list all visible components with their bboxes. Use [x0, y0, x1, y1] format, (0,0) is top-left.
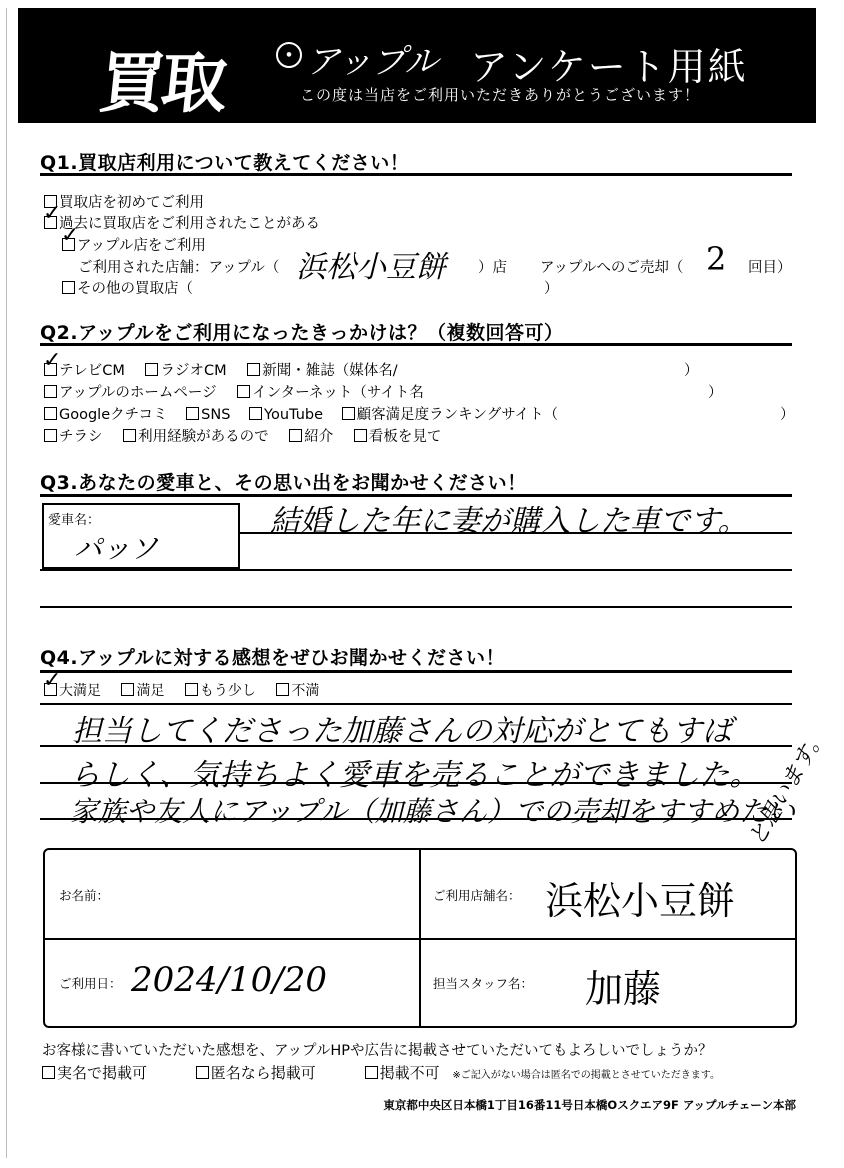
q3-line-1	[238, 532, 792, 534]
table-divider-horizontal	[45, 938, 795, 940]
staff-label: 担当スタッフ名：	[433, 974, 533, 992]
q2-row-3: Googleクチコミ SNS YouTube 顧客満足度ランキングサイト（	[44, 403, 558, 424]
q2-option-signboard[interactable]: 看板を見て	[354, 429, 442, 445]
checkbox[interactable]	[237, 385, 250, 398]
checkbox[interactable]	[342, 407, 355, 420]
q1-option-other[interactable]: その他の買取店（	[62, 277, 193, 298]
store-name-label: ご利用店舗名：	[433, 886, 521, 904]
scan-edge	[6, 8, 7, 1158]
date-value[interactable]: 2024/10/20	[131, 960, 327, 1000]
check-mark-icon: ✓	[43, 350, 61, 372]
form-title: アンケート用紙	[470, 36, 748, 91]
q4-rating-very-satisfied[interactable]: ✓大満足	[44, 683, 101, 699]
q4-line-0	[40, 703, 792, 705]
form-subtitle: この度は当店をご利用いただきありがとうございます！	[300, 84, 700, 105]
checkbox[interactable]	[62, 281, 75, 294]
q1-store-value: 浜松小豆餅	[296, 242, 446, 286]
q4-line-2	[40, 782, 792, 784]
q4-rating-dissatisfied[interactable]: 不満	[276, 683, 319, 699]
checkbox[interactable]	[276, 683, 289, 696]
q4-comment-line-3: 家族や友人にアップル（加藤さん）での売却をすすめたい	[70, 790, 795, 830]
logo-text: アップル	[306, 34, 438, 83]
q1-other-close: ）	[544, 277, 559, 298]
checkbox-checked[interactable]: ✓	[44, 216, 57, 229]
q2-heading: Q2.アップルをご利用になったきっかけは？（複数回答可）	[40, 318, 564, 345]
customer-info-table: お名前： ご利用店舗名： 浜松小豆餅 ご利用日： 2024/10/20 担当スタ…	[43, 848, 797, 1028]
checkbox[interactable]	[44, 407, 57, 420]
q4-line-3	[40, 818, 792, 820]
q1-sales-count-suffix: 回目）	[748, 256, 792, 277]
q2-row-2: アップルのホームページ インターネット（サイト名	[44, 381, 424, 402]
q2-option-past-use[interactable]: 利用経験があるので	[123, 429, 269, 445]
q1-sales-count-value: 2	[706, 240, 726, 278]
publish-consent-question: お客様に書いていただいた感想を、アップルHPや広告に掲載させていただいてもよろし…	[42, 1039, 713, 1060]
checkbox[interactable]	[196, 1066, 209, 1079]
publish-consent-options: 実名で掲載可 匿名なら掲載可 掲載不可 ※ご記入がない場合は匿名での掲載とさせて…	[42, 1062, 720, 1083]
q2-option-ranking-site[interactable]: 顧客満足度ランキングサイト（	[342, 407, 559, 423]
q4-comment-line-1: 担当してくださった加藤さんの対応がとてもすば	[72, 706, 732, 750]
apple-logo-icon: ●	[276, 42, 302, 68]
checkbox[interactable]	[249, 407, 262, 420]
car-name-box[interactable]: 愛車名： パッソ	[42, 503, 240, 569]
checkbox[interactable]	[145, 363, 158, 376]
q3-line-2	[40, 569, 792, 571]
staff-value[interactable]: 加藤	[585, 958, 661, 1013]
checkbox[interactable]	[247, 363, 260, 376]
date-label: ご利用日：	[59, 974, 122, 992]
name-label: お名前：	[59, 886, 109, 904]
checkbox[interactable]	[121, 683, 134, 696]
check-mark-icon: ✓	[61, 225, 79, 247]
q2-option-referral[interactable]: 紹介	[289, 429, 333, 445]
q1-rule	[40, 173, 792, 176]
q2-option-sns[interactable]: SNS	[186, 407, 230, 423]
checkbox-checked[interactable]: ✓	[44, 363, 57, 376]
car-name-value: パッソ	[74, 527, 158, 567]
checkbox[interactable]	[42, 1066, 55, 1079]
q2-rule	[40, 343, 792, 346]
checkbox[interactable]	[44, 429, 57, 442]
q1-option-first-time[interactable]: 買取店を初めてご利用	[44, 191, 204, 212]
header-banner: 買取 ● アップル アンケート用紙 この度は当店をご利用いただきありがとうござい…	[18, 8, 816, 123]
q3-heading: Q3.あなたの愛車と、その思い出をお聞かせください！	[40, 468, 527, 495]
car-name-label: 愛車名：	[48, 509, 100, 528]
checkbox[interactable]	[354, 429, 367, 442]
q1-store-suffix: ）店	[478, 256, 507, 277]
checkbox-checked[interactable]: ✓	[44, 683, 57, 696]
q2-row-4: チラシ 利用経験があるので 紹介 看板を見て	[44, 425, 441, 446]
q1-sales-count-label: アップルへのご売却（	[540, 256, 683, 277]
q1-option-apple-store[interactable]: ✓アップル店をご利用	[62, 234, 206, 255]
q2-option-internet[interactable]: インターネット（サイト名	[237, 385, 424, 401]
brand-title: 買取	[95, 30, 229, 125]
q2-row-1: ✓テレビCM ラジオCM 新聞・雑誌（媒体名/	[44, 359, 398, 380]
q2-internet-close: ）	[708, 381, 723, 402]
q3-line-3	[40, 606, 792, 608]
checkbox[interactable]	[365, 1066, 378, 1079]
q4-comment-line-2: らしく、気持ちよく愛車を売ることができました。	[70, 750, 759, 794]
check-mark-icon: ✓	[43, 670, 61, 692]
consent-anonymous[interactable]: 匿名なら掲載可	[196, 1064, 316, 1082]
checkbox-checked[interactable]: ✓	[62, 238, 75, 251]
q4-ratings: ✓大満足 満足 もう少し 不満	[44, 680, 319, 700]
q2-option-flyer[interactable]: チラシ	[44, 429, 103, 445]
q2-newspaper-close: ）	[684, 359, 699, 380]
checkbox[interactable]	[185, 683, 198, 696]
checkbox[interactable]	[186, 407, 199, 420]
q2-option-homepage[interactable]: アップルのホームページ	[44, 385, 217, 401]
q4-line-1	[40, 745, 792, 747]
consent-decline[interactable]: 掲載不可	[365, 1064, 440, 1082]
q2-option-newspaper[interactable]: 新聞・雑誌（媒体名/	[247, 363, 397, 379]
q2-option-youtube[interactable]: YouTube	[249, 407, 323, 423]
consent-note: ※ご記入がない場合は匿名での掲載とさせていただきます。	[452, 1070, 720, 1081]
hq-address: 東京都中央区日本橋1丁目16番11号日本橋Oスクエア9F アップルチェーン本部	[383, 1097, 796, 1113]
store-name-value[interactable]: 浜松小豆餅	[545, 870, 735, 925]
checkbox[interactable]	[123, 429, 136, 442]
checkbox[interactable]	[289, 429, 302, 442]
check-mark-icon: ✓	[43, 203, 61, 225]
q1-heading: Q1.買取店利用について教えてください！	[40, 148, 409, 175]
checkbox[interactable]	[44, 385, 57, 398]
q2-option-tv-cm[interactable]: ✓テレビCM	[44, 363, 125, 379]
q2-ranking-close: ）	[780, 403, 795, 424]
q1-store-field[interactable]: ご利用された店舗：アップル（	[78, 256, 279, 277]
q4-rating-satisfied[interactable]: 満足	[121, 683, 164, 699]
q2-option-google-reviews[interactable]: Googleクチコミ	[44, 407, 168, 423]
q4-rule	[40, 670, 792, 673]
q1-option-used-before[interactable]: ✓過去に買取店をご利用されたことがある	[44, 212, 320, 233]
q4-rating-could-improve[interactable]: もう少し	[185, 683, 256, 699]
q2-option-radio-cm[interactable]: ラジオCM	[145, 363, 226, 379]
q4-heading: Q4.アップルに対する感想をぜひお聞かせください！	[40, 643, 505, 670]
consent-real-name[interactable]: 実名で掲載可	[42, 1064, 147, 1082]
